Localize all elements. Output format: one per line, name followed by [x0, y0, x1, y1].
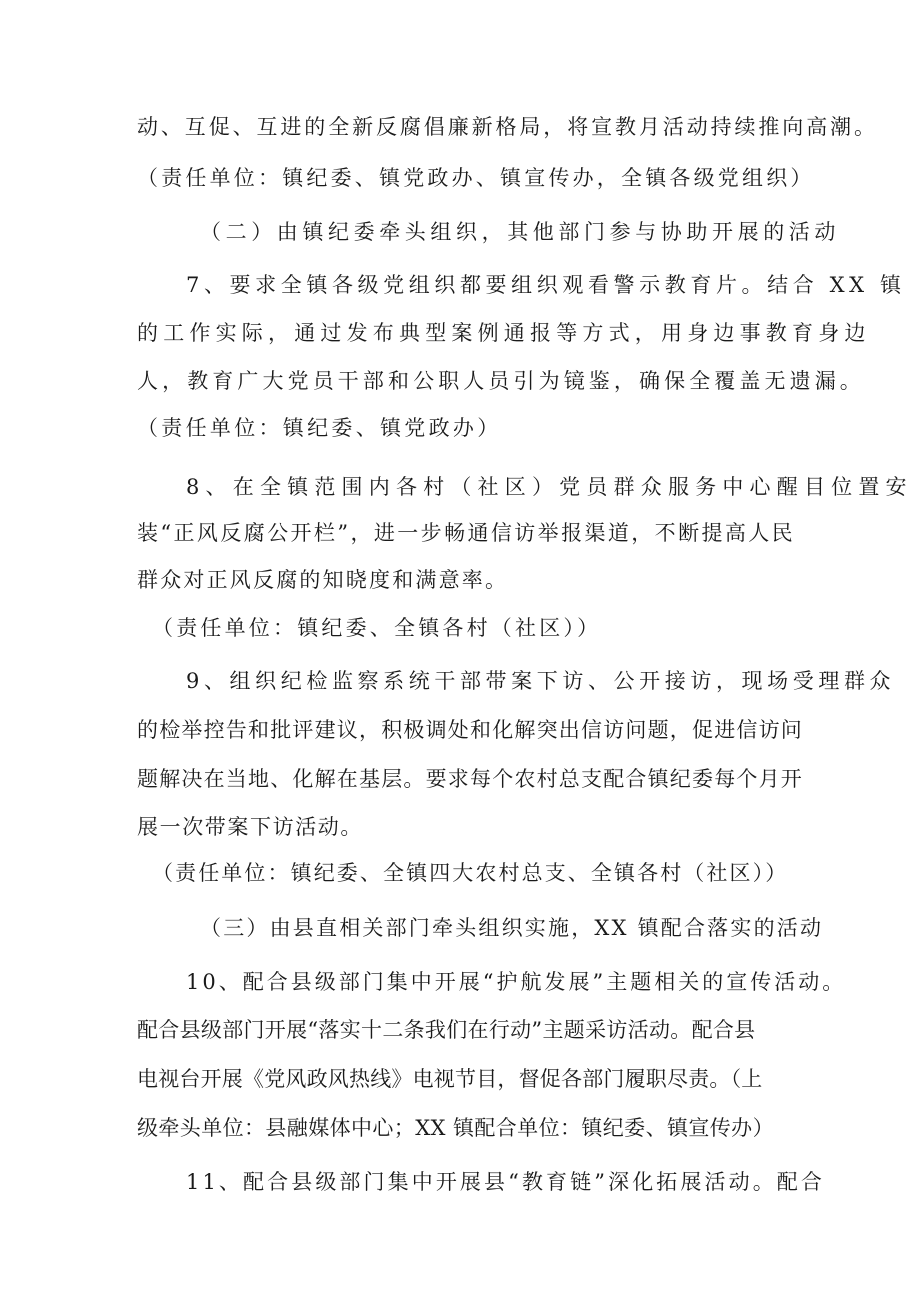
item-9-line-1: 9、组织纪检监察系统干部带案下访、公开接访，现场受理群众: [186, 667, 895, 695]
item-9-responsibility: （责任单位：镇纪委、全镇四大农村总支、全镇各村（社区））: [152, 859, 788, 887]
item-7-line-3: 人，教育广大党员干部和公职人员引为镜鉴，确保全覆盖无遗漏。: [137, 367, 865, 395]
item-10-line-1: 10、配合县级部门集中开展“护航发展”主题相关的宣传活动。: [186, 968, 846, 996]
item-8-line-2: 装“正风反腐公开栏”，进一步畅通信访举报渠道，不断提高人民: [137, 519, 795, 547]
section-heading-3: （三）由县直相关部门牵头组织实施，XX 镇配合落实的活动: [200, 914, 823, 942]
item-9-line-2: 的检举控告和批评建议，积极调处和化解突出信访问题，促进信访问: [137, 716, 803, 744]
item-10-line-4: 级牵头单位：县融媒体中心；XX 镇配合单位：镇纪委、镇宣传办）: [137, 1114, 774, 1142]
text-line-continuation: 动、互促、互进的全新反腐倡廉新格局，将宣教月活动持续推向高潮。: [137, 113, 878, 141]
item-9-line-3: 题解决在当地、化解在基层。要求每个农村总支配合镇纪委每个月开: [137, 765, 803, 793]
item-7-line-2: 的工作实际，通过发布典型案例通报等方式，用身边事教育身边: [137, 319, 871, 347]
item-8-line-3: 群众对正风反腐的知晓度和满意率。: [137, 566, 508, 594]
item-10-line-2: 配合县级部门开展“落实十二条我们在行动”主题采访活动。配合县: [137, 1016, 755, 1044]
section-heading-2: （二）由镇纪委牵头组织，其他部门参与协助开展的活动: [200, 218, 840, 246]
item-9-line-4: 展一次带案下访活动。: [137, 813, 363, 841]
item-11-line-1: 11、配合县级部门集中开展县“教育链”深化拓展活动。配合: [186, 1168, 825, 1196]
item-8-responsibility: （责任单位：镇纪委、全镇各村（社区））: [152, 614, 601, 642]
item-10-line-3: 电视台开展《党风政风热线》电视节目，督促各部门履职尽责。（上: [137, 1065, 763, 1093]
document-page: 动、互促、互进的全新反腐倡廉新格局，将宣教月活动持续推向高潮。 （责任单位：镇纪…: [0, 0, 920, 1301]
item-7-responsibility: （责任单位：镇纪委、镇党政办）: [137, 414, 502, 442]
item-7-line-1: 7、要求全镇各级党组织都要组织观看警示教育片。结合 XX 镇: [186, 271, 906, 299]
item-8-line-1: 8、在全镇范围内各村（社区）党员群众服务中心醒目位置安: [186, 473, 913, 501]
responsibility-note: （责任单位：镇纪委、镇党政办、镇宣传办，全镇各级党组织）: [137, 164, 815, 192]
